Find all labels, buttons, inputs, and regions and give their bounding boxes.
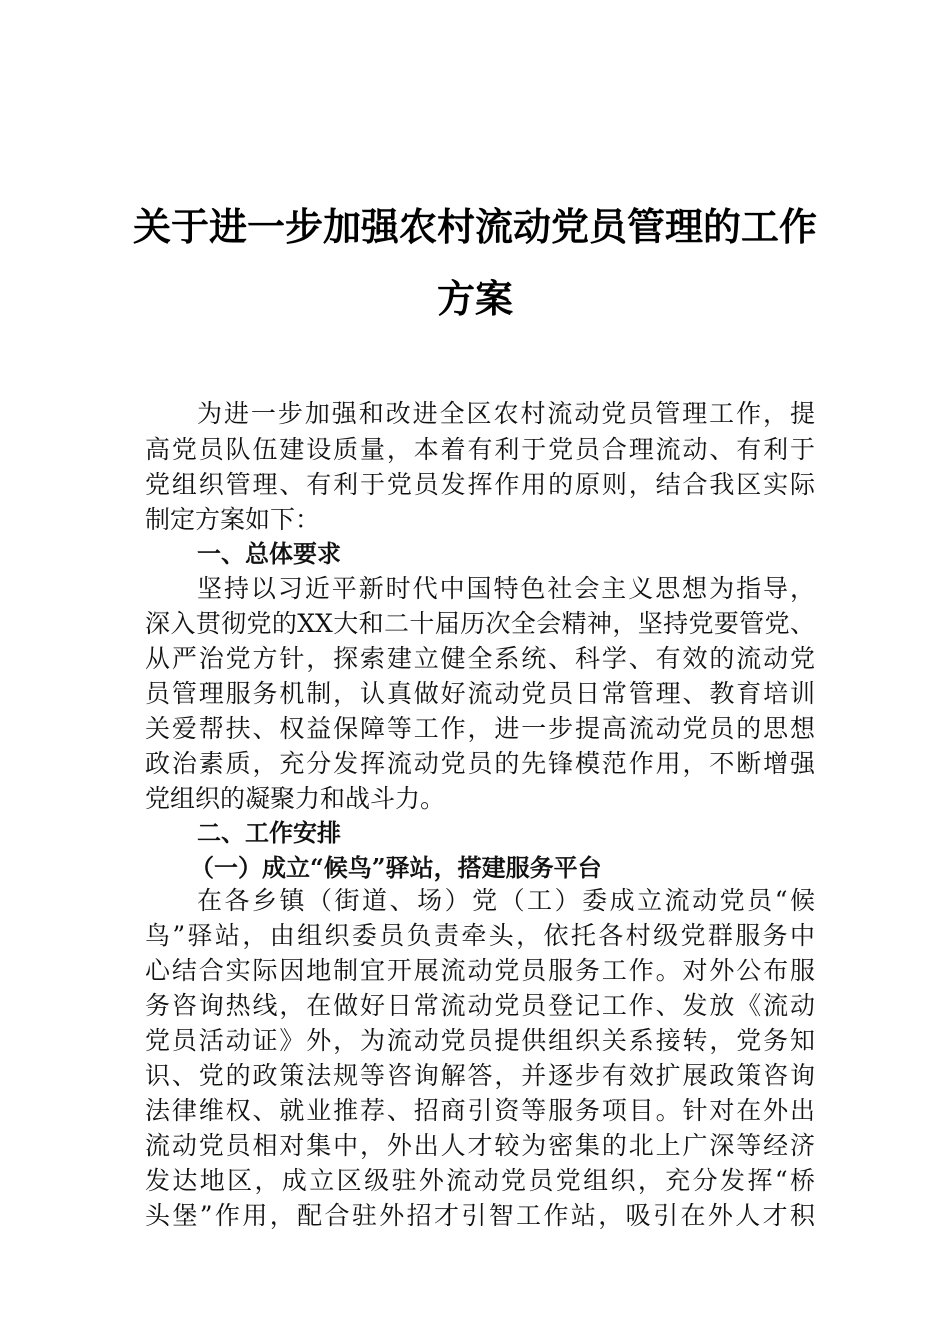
section1-line: 深入贯彻党的XX大和二十届历次全会精神，坚持党要管党、 [145,607,815,641]
section2-line: 头堡”作用，配合驻外招才引智工作站，吸引在外人才积 [145,1199,815,1233]
section2-line: 流动党员相对集中，外出人才较为密集的北上广深等经济 [145,1129,815,1163]
intro-line: 为进一步加强和改进全区农村流动党员管理工作，提 [197,397,815,431]
section1-line: 员管理服务机制，认真做好流动党员日常管理、教育培训 [145,677,815,711]
intro-line: 高党员队伍建设质量，本着有利于党员合理流动、有利于 [145,433,815,467]
section2-line: 在各乡镇（街道、场）党（工）委成立流动党员“候 [197,884,815,918]
section1-line: 关爱帮扶、权益保障等工作，进一步提高流动党员的思想 [145,712,815,746]
section2-line: 党员活动证》外，为流动党员提供组织关系接转，党务知 [145,1024,815,1058]
document-title-line-2: 方案 [0,268,950,323]
section1-line: 坚持以习近平新时代中国特色社会主义思想为指导， [197,572,815,606]
section1-line: 政治素质，充分发挥流动党员的先锋模范作用，不断增强 [145,747,815,781]
document-page: 关于进一步加强农村流动党员管理的工作 方案 为进一步加强和改进全区农村流动党员管… [0,0,950,1344]
section2-line: 心结合实际因地制宜开展流动党员服务工作。对外公布服 [145,954,815,988]
section-heading-general-requirements: 一、总体要求 [197,537,341,571]
intro-line: 制定方案如下： [145,503,815,537]
section2-line: 务咨询热线，在做好日常流动党员登记工作、发放《流动 [145,989,815,1023]
section1-line: 从严治党方针，探索建立健全系统、科学、有效的流动党 [145,642,815,676]
section2-line: 法律维权、就业推荐、招商引资等服务项目。针对在外出 [145,1094,815,1128]
document-title-line-1: 关于进一步加强农村流动党员管理的工作 [0,196,950,251]
section2-line: 识、党的政策法规等咨询解答，并逐步有效扩展政策咨询 [145,1059,815,1093]
section1-line: 党组织的凝聚力和战斗力。 [145,782,815,816]
section-heading-work-arrangement: 二、工作安排 [197,816,341,850]
subsection-heading-1: （一）成立“候鸟”驿站，搭建服务平台 [190,851,602,885]
intro-line: 党组织管理、有利于党员发挥作用的原则，结合我区实际 [145,468,815,502]
section2-line: 鸟”驿站，由组织委员负责牵头，依托各村级党群服务中 [145,919,815,953]
section2-line: 发达地区，成立区级驻外流动党员党组织，充分发挥“桥 [145,1164,815,1198]
